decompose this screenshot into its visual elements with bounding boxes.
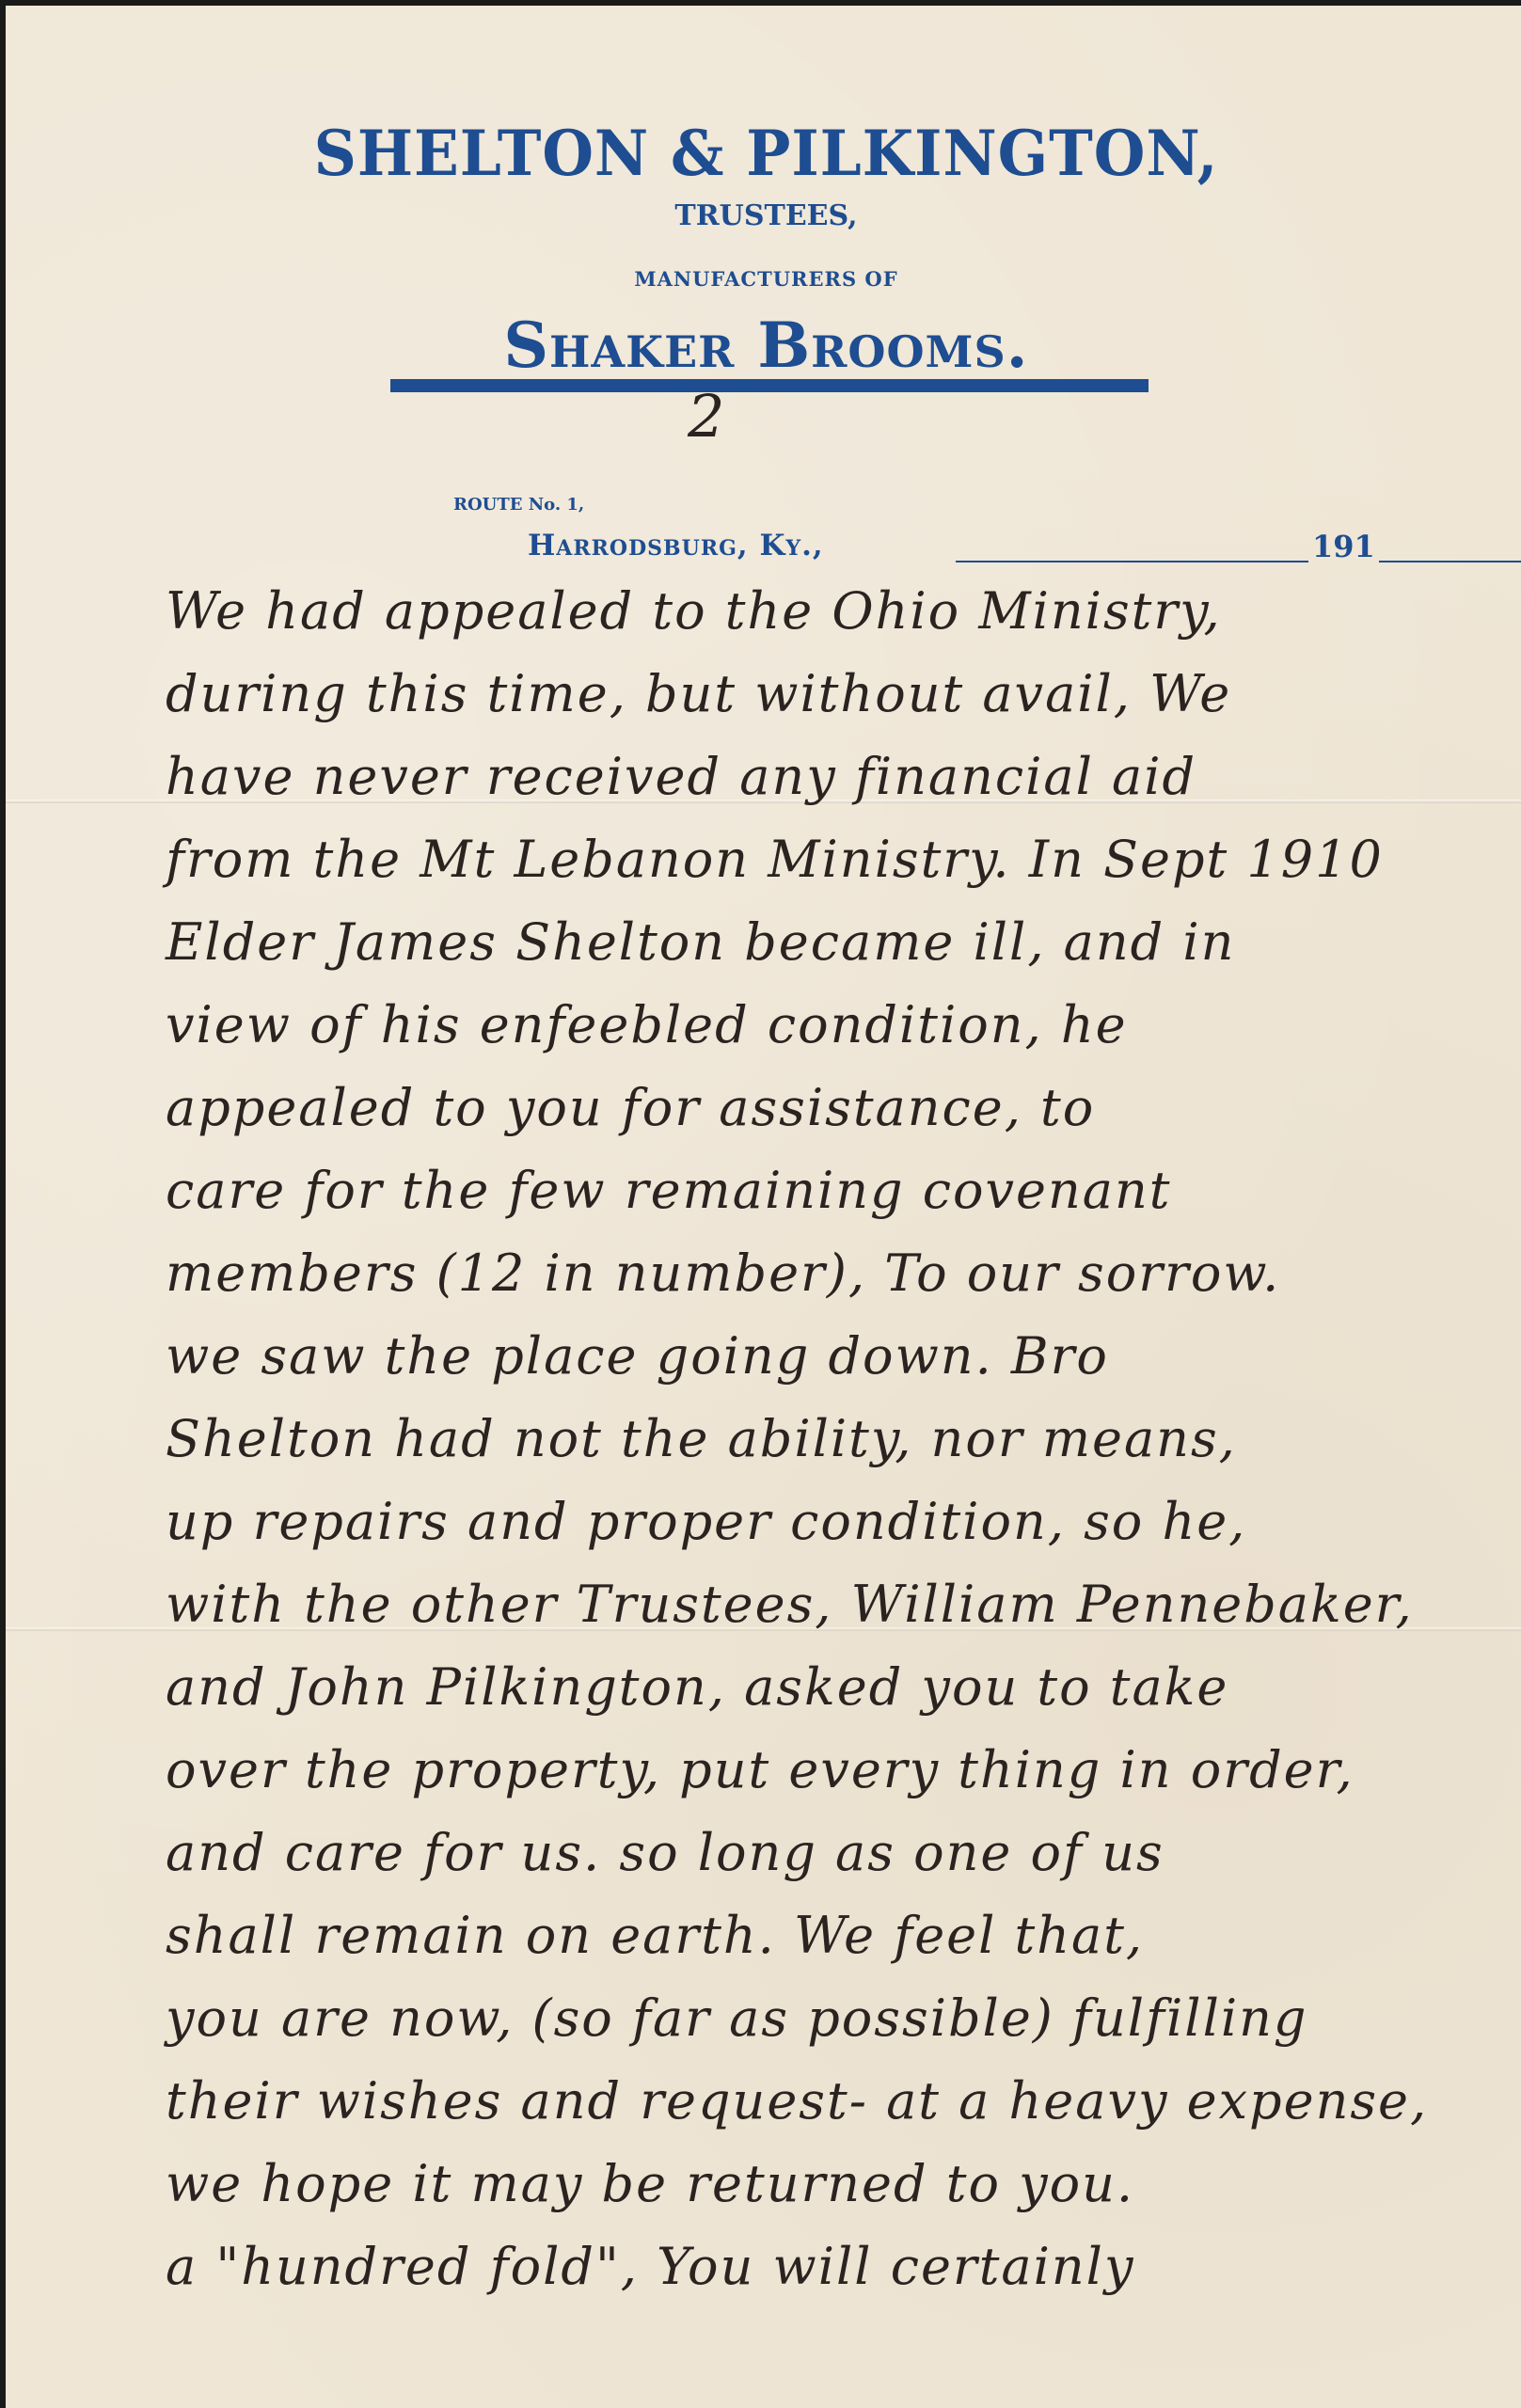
handwritten-line: we saw the place going down. Bro — [166, 1315, 1520, 1398]
handwritten-line: you are now, (so far as possible) fulfil… — [166, 1977, 1520, 2060]
handwritten-line: Shelton had not the ability, nor means, — [166, 1398, 1520, 1481]
letterhead-rule — [390, 379, 1149, 392]
firm-name: SHELTON & PILKINGTON, — [43, 117, 1488, 190]
year-prefix: 191 — [1308, 529, 1379, 564]
letter-page: SHELTON & PILKINGTON, TRUSTEES, MANUFACT… — [6, 6, 1521, 2408]
city-state: Harrodsburg, Ky., — [528, 529, 824, 562]
letter-body: We had appealed to the Ohio Ministry, du… — [166, 570, 1520, 2308]
handwritten-line: we hope it may be returned to you. — [166, 2143, 1520, 2226]
handwritten-line: during this time, but without avail, We — [166, 653, 1520, 736]
date-blank-line — [956, 561, 1521, 562]
handwritten-line: members (12 in number), To our sorrow. — [166, 1232, 1520, 1315]
firm-title: TRUSTEES, — [6, 199, 1521, 232]
handwritten-line: with the other Trustees, William Penneba… — [166, 1563, 1520, 1646]
handwritten-line: from the Mt Lebanon Ministry. In Sept 19… — [166, 818, 1520, 901]
handwritten-line: their wishes and request- at a heavy exp… — [166, 2060, 1520, 2143]
handwritten-line: appealed to you for assistance, to — [166, 1067, 1520, 1149]
handwritten-line: Elder James Shelton became ill, and in — [166, 901, 1520, 984]
dateline: Harrodsburg, Ky., 191 — [528, 529, 1450, 570]
handwritten-line: have never received any financial aid — [166, 736, 1520, 818]
handwritten-line: We had appealed to the Ohio Ministry, — [166, 570, 1520, 653]
handwritten-line: care for the few remaining covenant — [166, 1149, 1520, 1232]
handwritten-line: shall remain on earth. We feel that, — [166, 1894, 1520, 1977]
handwritten-line: a "hundred fold", You will certainly — [166, 2226, 1520, 2308]
handwritten-line: up repairs and proper condition, so he, — [166, 1481, 1520, 1563]
product-name: Shaker Brooms. — [6, 309, 1521, 382]
handwritten-line: and John Pilkington, asked you to take — [166, 1646, 1520, 1729]
manufacturers-label: MANUFACTURERS OF — [6, 267, 1521, 291]
handwritten-line: and care for us. so long as one of us — [166, 1812, 1520, 1894]
route-address: ROUTE No. 1, — [453, 495, 584, 515]
handwritten-page-number: 2 — [688, 382, 724, 451]
handwritten-line: view of his enfeebled condition, he — [166, 984, 1520, 1067]
handwritten-line: over the property, put every thing in or… — [166, 1729, 1520, 1812]
